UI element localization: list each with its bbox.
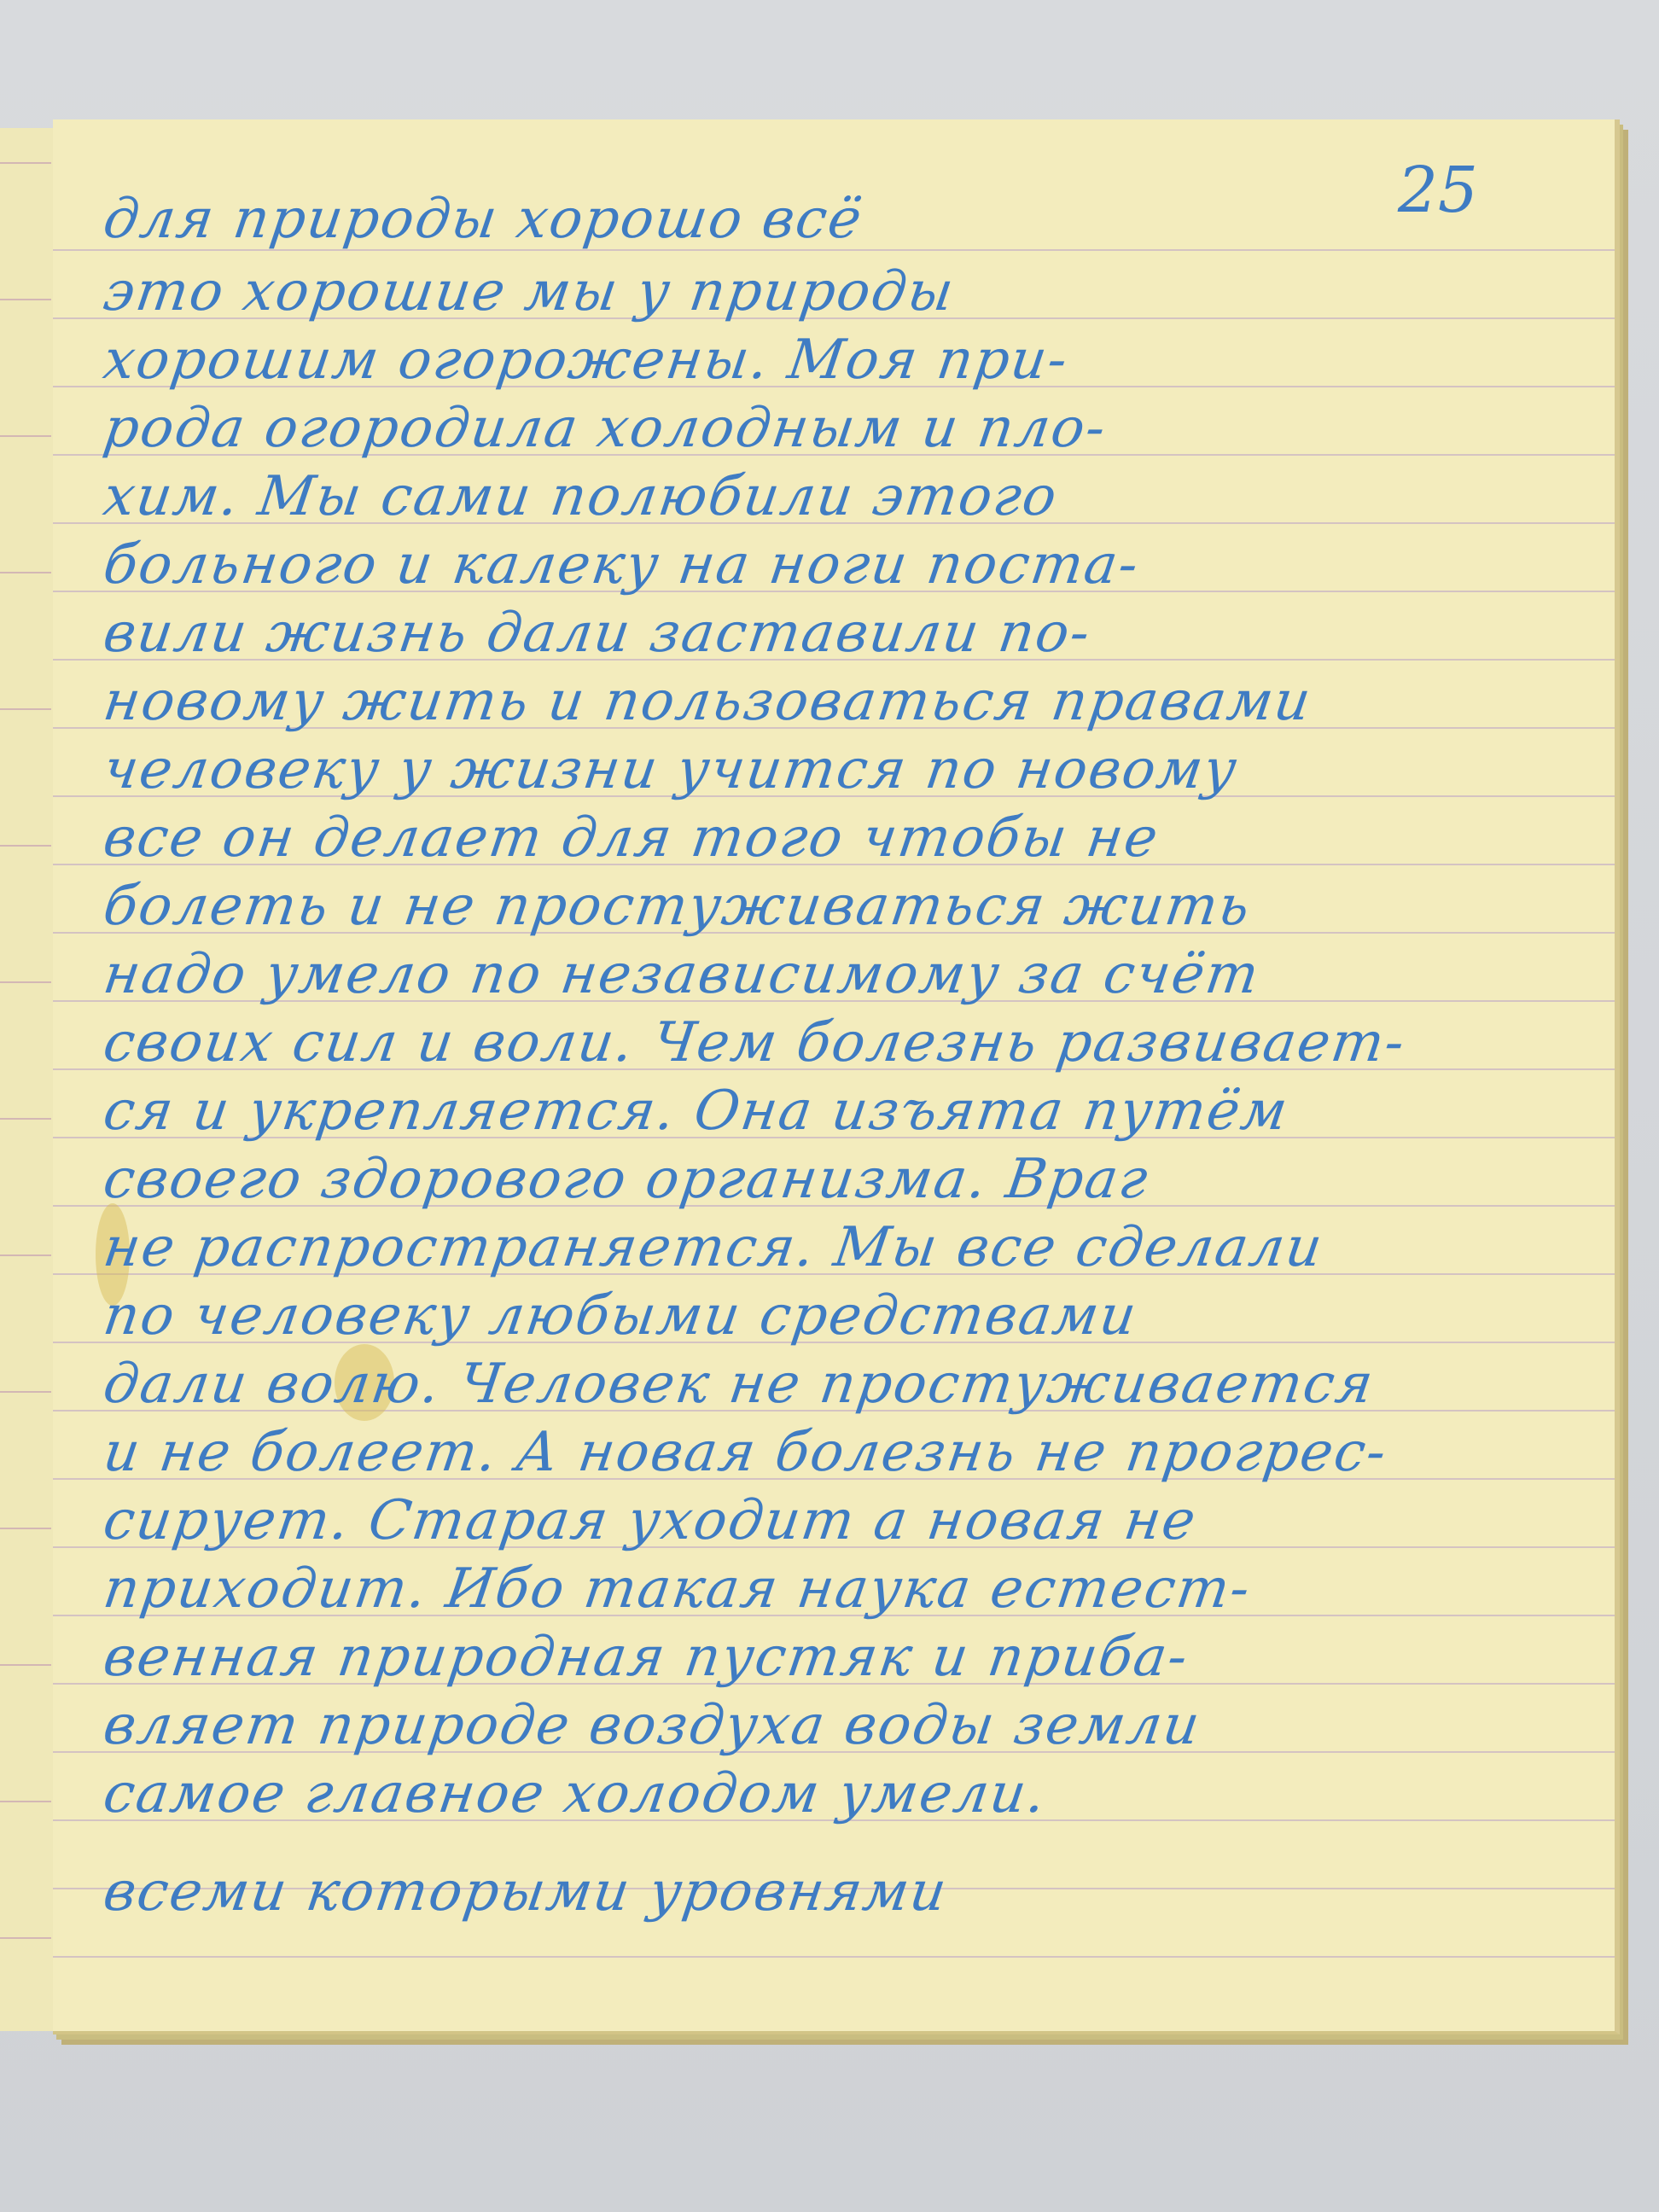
- handwritten-line: надо умело по независимому за счёт: [100, 943, 1568, 1006]
- handwritten-line: человеку у жизни учится по новому: [100, 738, 1568, 801]
- handwritten-line: венная природная пустяк и приба-: [100, 1626, 1568, 1689]
- notebook-page: 25 для природы хорошо всё это хорошие мы…: [53, 119, 1620, 2034]
- facing-page-edge: [0, 128, 55, 2031]
- handwritten-line: ся и укрепляется. Она изъята путём: [100, 1080, 1568, 1143]
- handwritten-line: болеть и не простуживаться жить: [100, 875, 1568, 938]
- handwritten-line: приходит. Ибо такая наука естест-: [100, 1557, 1568, 1621]
- handwritten-line: своего здорового организма. Враг: [100, 1148, 1568, 1211]
- handwritten-line: по человеку любыми средствами: [100, 1284, 1568, 1348]
- ruled-line: [53, 1956, 1615, 1958]
- handwritten-line: вляет природе воздуха воды земли: [100, 1694, 1568, 1757]
- handwritten-line: не распространяется. Мы все сделали: [100, 1216, 1568, 1279]
- handwritten-line: больного и калеку на ноги поста-: [100, 533, 1568, 597]
- handwritten-line: сирует. Старая уходит а новая не: [100, 1489, 1568, 1552]
- handwritten-line: новому жить и пользоваться правами: [100, 670, 1568, 733]
- handwritten-line: своих сил и воли. Чем болезнь развивает-: [100, 1011, 1568, 1074]
- handwritten-line: вили жизнь дали заставили по-: [100, 602, 1568, 665]
- handwritten-line: и не болеет. А новая болезнь не прогрес-: [100, 1421, 1568, 1484]
- handwritten-line: рода огородила холодным и пло-: [100, 397, 1568, 460]
- handwritten-line: хим. Мы сами полюбили этого: [100, 465, 1568, 528]
- handwritten-line: дали волю. Человек не простуживается: [100, 1353, 1568, 1416]
- handwritten-line: самое главное холодом умели.: [100, 1762, 1568, 1825]
- handwritten-line: это хорошие мы у природы: [100, 260, 1568, 323]
- handwritten-line: для природы хорошо всё: [100, 188, 1568, 251]
- handwritten-line: все он делает для того чтобы не: [100, 806, 1568, 870]
- handwritten-line: хорошим огорожены. Моя при-: [100, 329, 1568, 392]
- handwritten-line: всеми которыми уровнями: [100, 1860, 1568, 1924]
